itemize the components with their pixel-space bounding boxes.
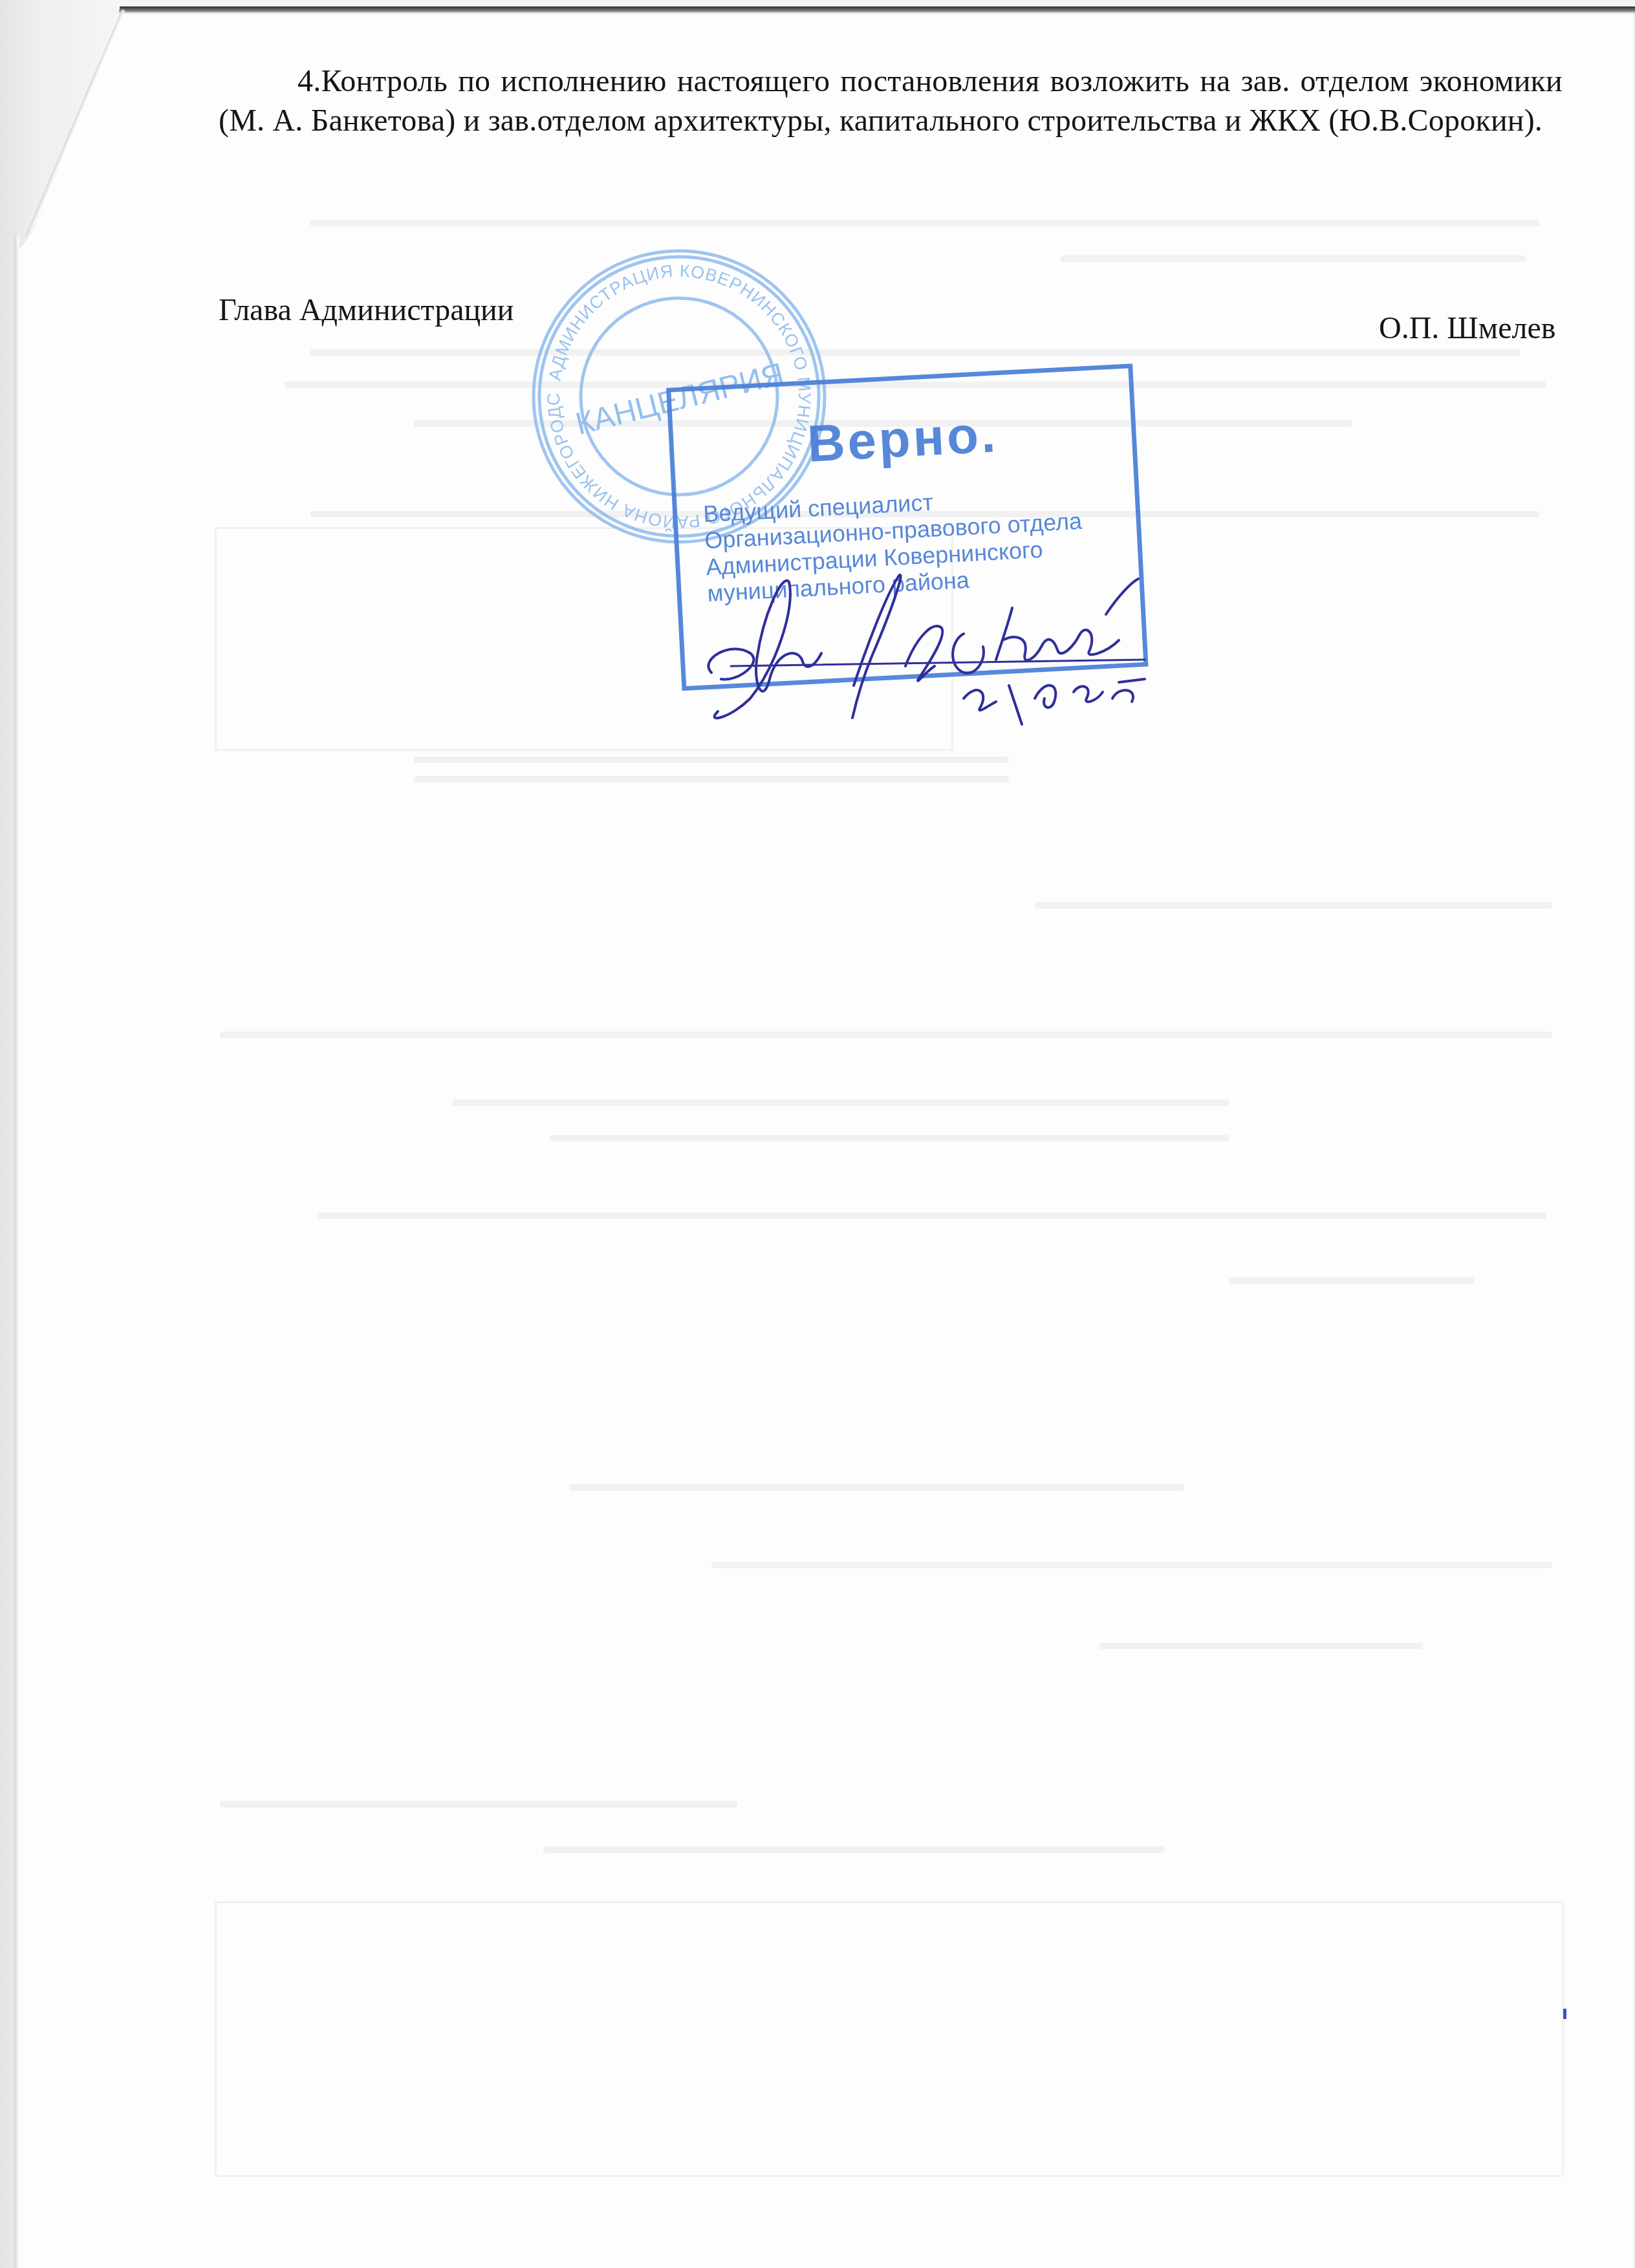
paper-left-edge <box>14 234 19 2268</box>
stray-ink-mark <box>1563 2009 1566 2019</box>
handwritten-signature <box>692 569 1158 731</box>
paper-top-edge-shadow <box>120 6 1635 13</box>
position-title: Глава Администрации <box>219 292 514 328</box>
stamp-title: Верно. <box>673 398 1133 481</box>
signature-strokes <box>692 569 1158 731</box>
signatory-name: О.П. Шмелев <box>1379 310 1555 346</box>
paragraph-control-clause: 4.Контроль по исполнению настоящего пост… <box>219 61 1563 140</box>
